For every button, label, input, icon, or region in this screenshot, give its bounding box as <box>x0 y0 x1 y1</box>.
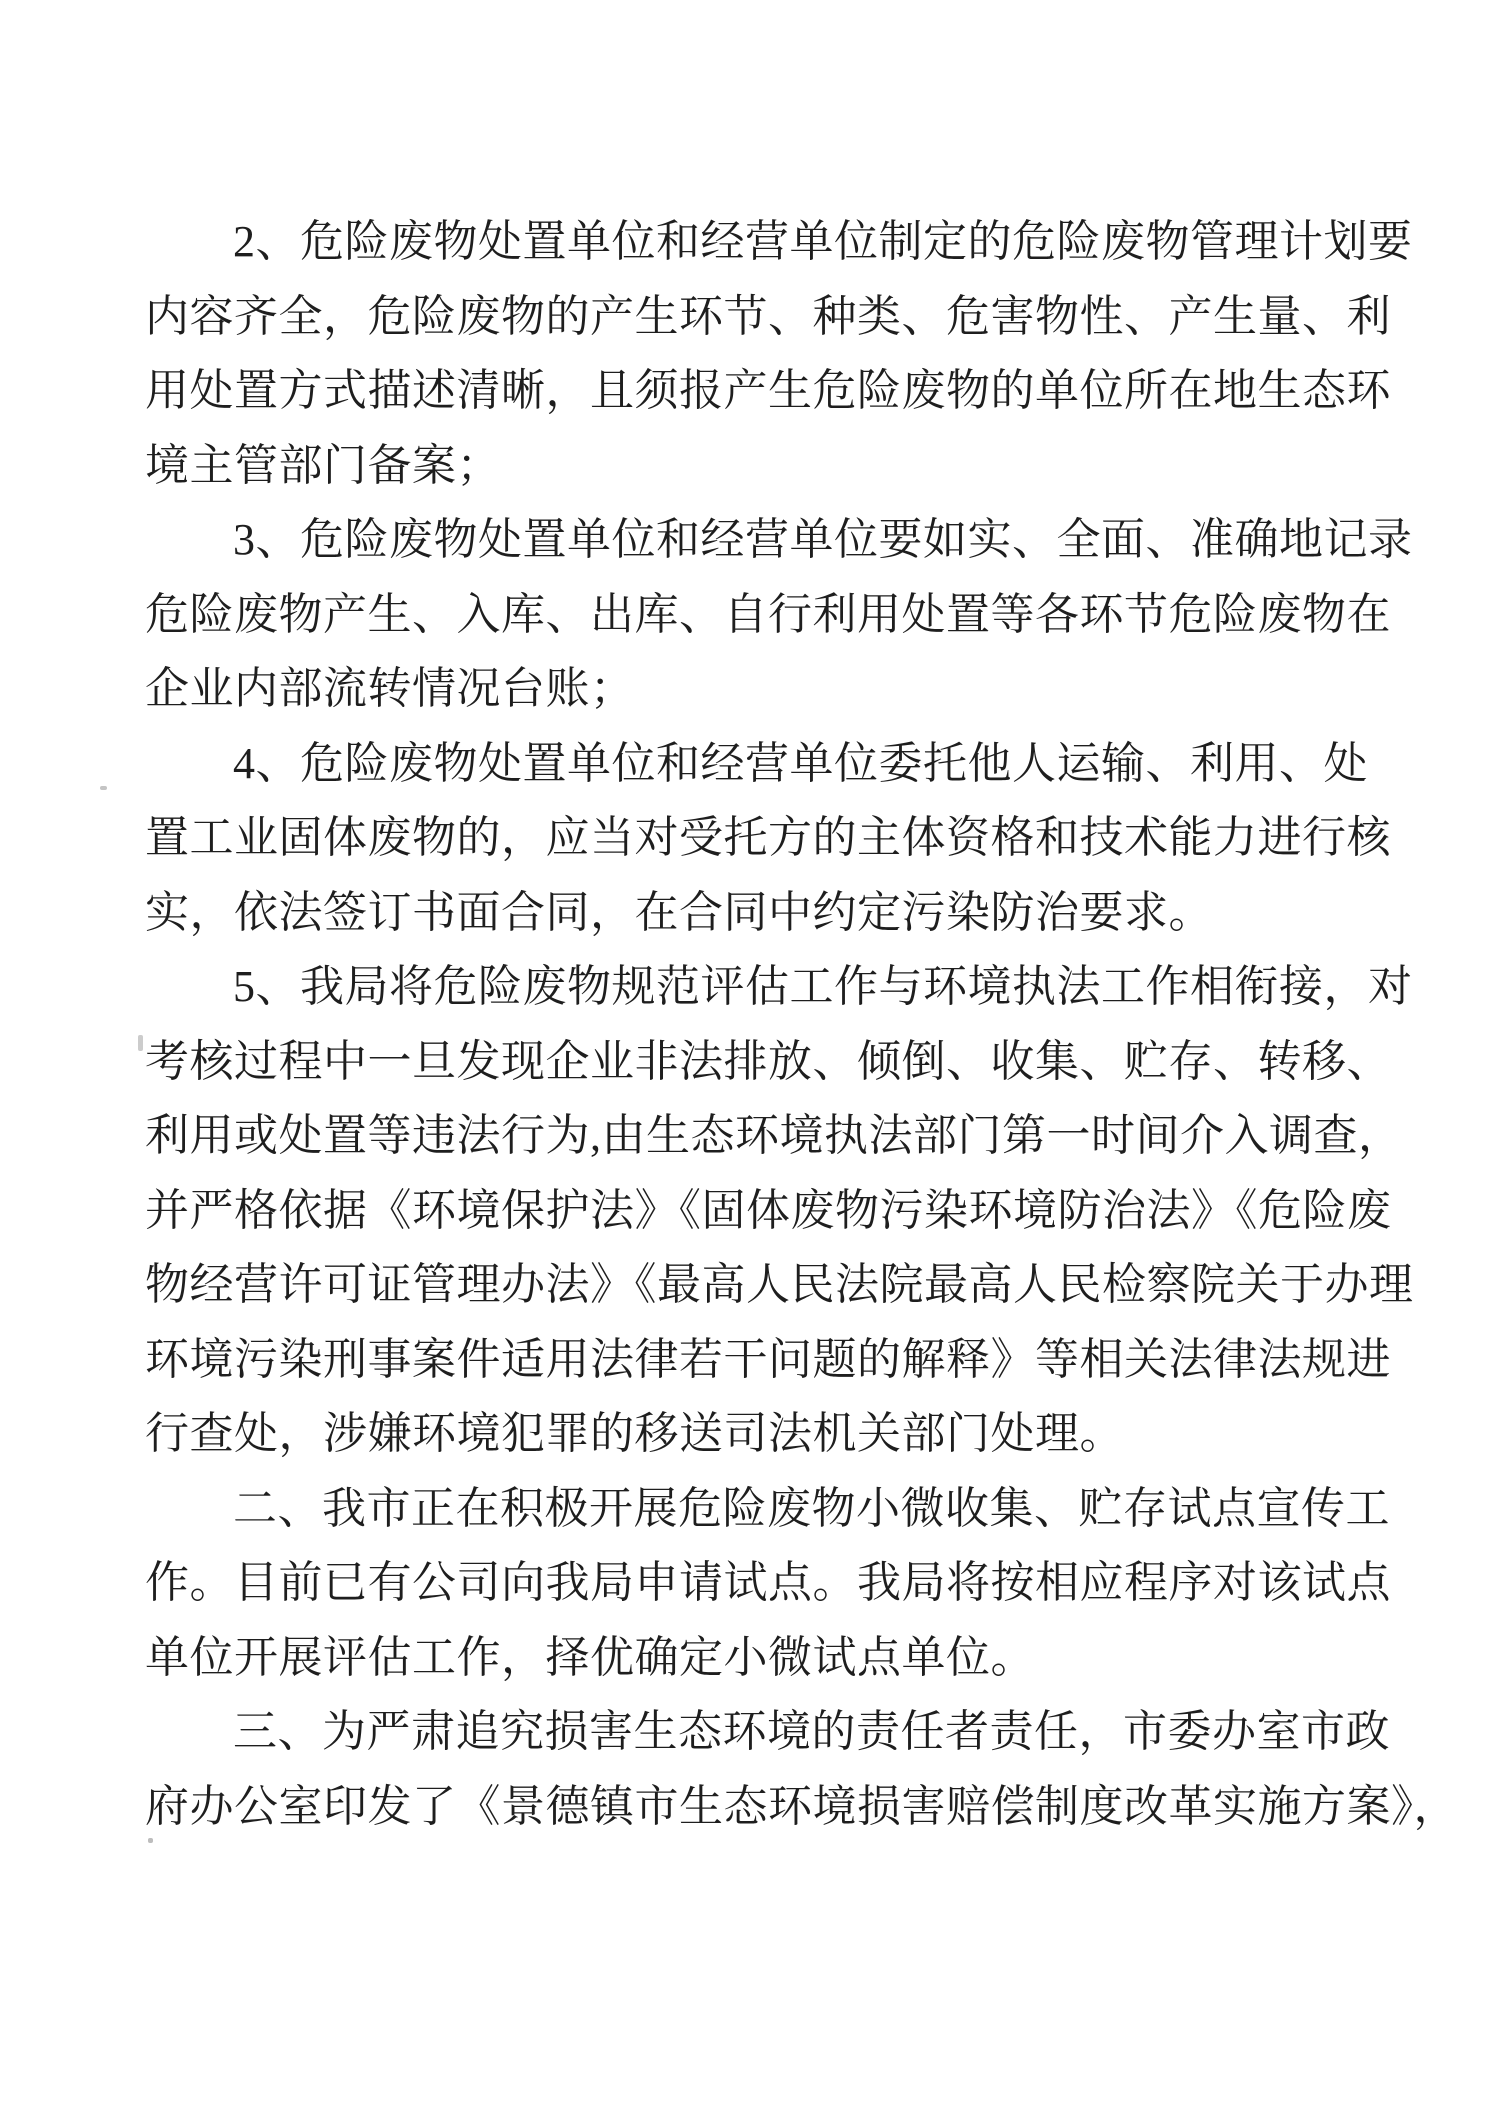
text-line: 二、我市正在积极开展危险废物小微收集、贮存试点宣传工 <box>145 1472 1345 1547</box>
text-line: 行查处，涉嫌环境犯罪的移送司法机关部门处理。 <box>145 1397 1345 1472</box>
scanned-document-page: 2、危险废物处置单位和经营单位制定的危险废物管理计划要内容齐全，危险废物的产生环… <box>0 0 1487 2102</box>
text-line: 3、危险废物处置单位和经营单位要如实、全面、准确地记录 <box>145 503 1345 578</box>
text-line: 单位开展评估工作，择优确定小微试点单位。 <box>145 1621 1345 1696</box>
text-line: 利用或处置等违法行为,由生态环境执法部门第一时间介入调查， <box>145 1099 1345 1174</box>
text-line: 环境污染刑事案件适用法律若干问题的解释》等相关法律法规进 <box>145 1323 1345 1398</box>
text-line: 企业内部流转情况台账； <box>145 652 1345 727</box>
text-line: 4、危险废物处置单位和经营单位委托他人运输、利用、处 <box>145 727 1345 802</box>
text-line: 并严格依据《环境保护法》《固体废物污染环境防治法》《危险废 <box>145 1174 1345 1249</box>
text-line: 作。目前已有公司向我局申请试点。我局将按相应程序对该试点 <box>145 1546 1345 1621</box>
text-line: 三、为严肃追究损害生态环境的责任者责任，市委办室市政 <box>145 1695 1345 1770</box>
scan-artifact <box>100 786 107 790</box>
text-line: 置工业固体废物的，应当对受托方的主体资格和技术能力进行核 <box>145 801 1345 876</box>
text-line: 用处置方式描述清晰，且须报产生危险废物的单位所在地生态环 <box>145 354 1345 429</box>
text-line: 2、危险废物处置单位和经营单位制定的危险废物管理计划要 <box>145 205 1345 280</box>
text-line: 危险废物产生、入库、出库、自行利用处置等各环节危险废物在 <box>145 578 1345 653</box>
text-line: 境主管部门备案； <box>145 429 1345 504</box>
text-line: 内容齐全，危险废物的产生环节、种类、危害物性、产生量、利 <box>145 280 1345 355</box>
text-line: 物经营许可证管理办法》《最高人民法院最高人民检察院关于办理 <box>145 1248 1345 1323</box>
text-line: 考核过程中一旦发现企业非法排放、倾倒、收集、贮存、转移、 <box>145 1025 1345 1100</box>
scan-artifact <box>138 1035 143 1051</box>
text-line: 府办公室印发了《景德镇市生态环境损害赔偿制度改革实施方案》， <box>145 1770 1345 1845</box>
document-body: 2、危险废物处置单位和经营单位制定的危险废物管理计划要内容齐全，危险废物的产生环… <box>145 205 1345 1844</box>
text-line: 实，依法签订书面合同，在合同中约定污染防治要求。 <box>145 876 1345 951</box>
text-line: 5、我局将危险废物规范评估工作与环境执法工作相衔接，对 <box>145 950 1345 1025</box>
scan-artifact <box>148 1838 153 1843</box>
